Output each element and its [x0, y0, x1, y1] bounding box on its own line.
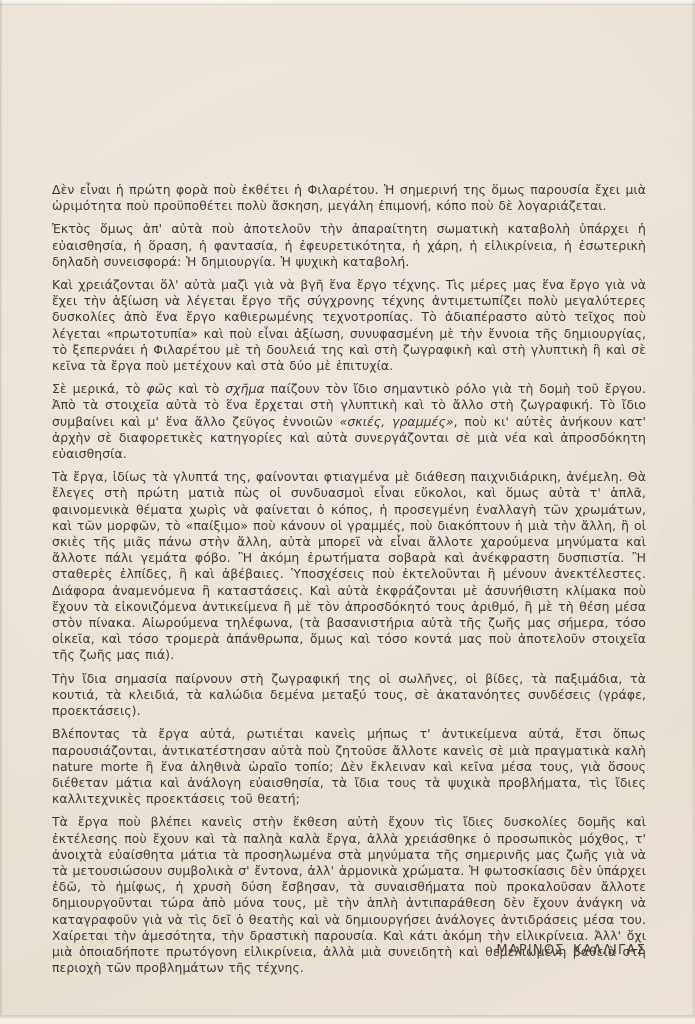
text-segment: Ἐκτὸς ὅμως ἀπ' αὐτὰ ποὺ ἀποτελοῦν τὴν ἀπ…: [52, 221, 646, 268]
page-edge-bottom: [0, 1015, 695, 1024]
page-edge-right: [691, 0, 695, 1024]
text-segment: Δὲν εἶναι ἡ πρώτη φορὰ ποὺ ἐκθέτει ἡ Φιλ…: [52, 182, 646, 213]
paragraph: Δὲν εἶναι ἡ πρώτη φορὰ ποὺ ἐκθέτει ἡ Φιλ…: [52, 182, 646, 214]
text-segment: Καὶ χρειάζονται ὅλ' αὐτὰ μαζὶ γιὰ νὰ βγῆ…: [52, 277, 646, 373]
text-segment: Βλέποντας τὰ ἔργα αὐτά, ρωτιέται κανεὶς …: [52, 726, 646, 806]
paragraph: Βλέποντας τὰ ἔργα αὐτά, ρωτιέται κανεὶς …: [52, 726, 646, 807]
author-signature: ΜΑΡΙΝΟΣ ΚΑΛΛΙΓΑΣ: [52, 943, 646, 958]
text-segment: καὶ τὸ: [172, 381, 225, 396]
essay-text-block: Δὲν εἶναι ἡ πρώτη φορὰ ποὺ ἐκθέτει ἡ Φιλ…: [52, 182, 646, 983]
paragraph: Καὶ χρειάζονται ὅλ' αὐτὰ μαζὶ γιὰ νὰ βγῆ…: [52, 277, 646, 374]
page-edge-top: [0, 0, 695, 5]
paragraph: Σὲ μερικά, τὸ φῶς καὶ τὸ σχῆμα παίζουν τ…: [52, 381, 646, 462]
emphasized-text: σχῆμα: [225, 381, 265, 396]
text-segment: Τὰ ἔργα, ἰδίως τὰ γλυπτά της, φαίνονται …: [52, 469, 646, 662]
page-edge-left: [0, 0, 3, 1024]
emphasized-text: «σκιές, γραμμές»: [340, 414, 454, 429]
scanned-page: Δὲν εἶναι ἡ πρώτη φορὰ ποὺ ἐκθέτει ἡ Φιλ…: [0, 0, 695, 1024]
paragraph: Ἐκτὸς ὅμως ἀπ' αὐτὰ ποὺ ἀποτελοῦν τὴν ἀπ…: [52, 221, 646, 270]
text-segment: Τὴν ἴδια σημασία παίρνουν στὴ ζωγραφική …: [52, 671, 646, 718]
text-segment: Σὲ μερικά, τὸ: [52, 381, 146, 396]
paragraph: Τὰ ἔργα, ἰδίως τὰ γλυπτά της, φαίνονται …: [52, 469, 646, 663]
paragraph: Τὴν ἴδια σημασία παίρνουν στὴ ζωγραφική …: [52, 671, 646, 720]
emphasized-text: φῶς: [146, 381, 172, 396]
